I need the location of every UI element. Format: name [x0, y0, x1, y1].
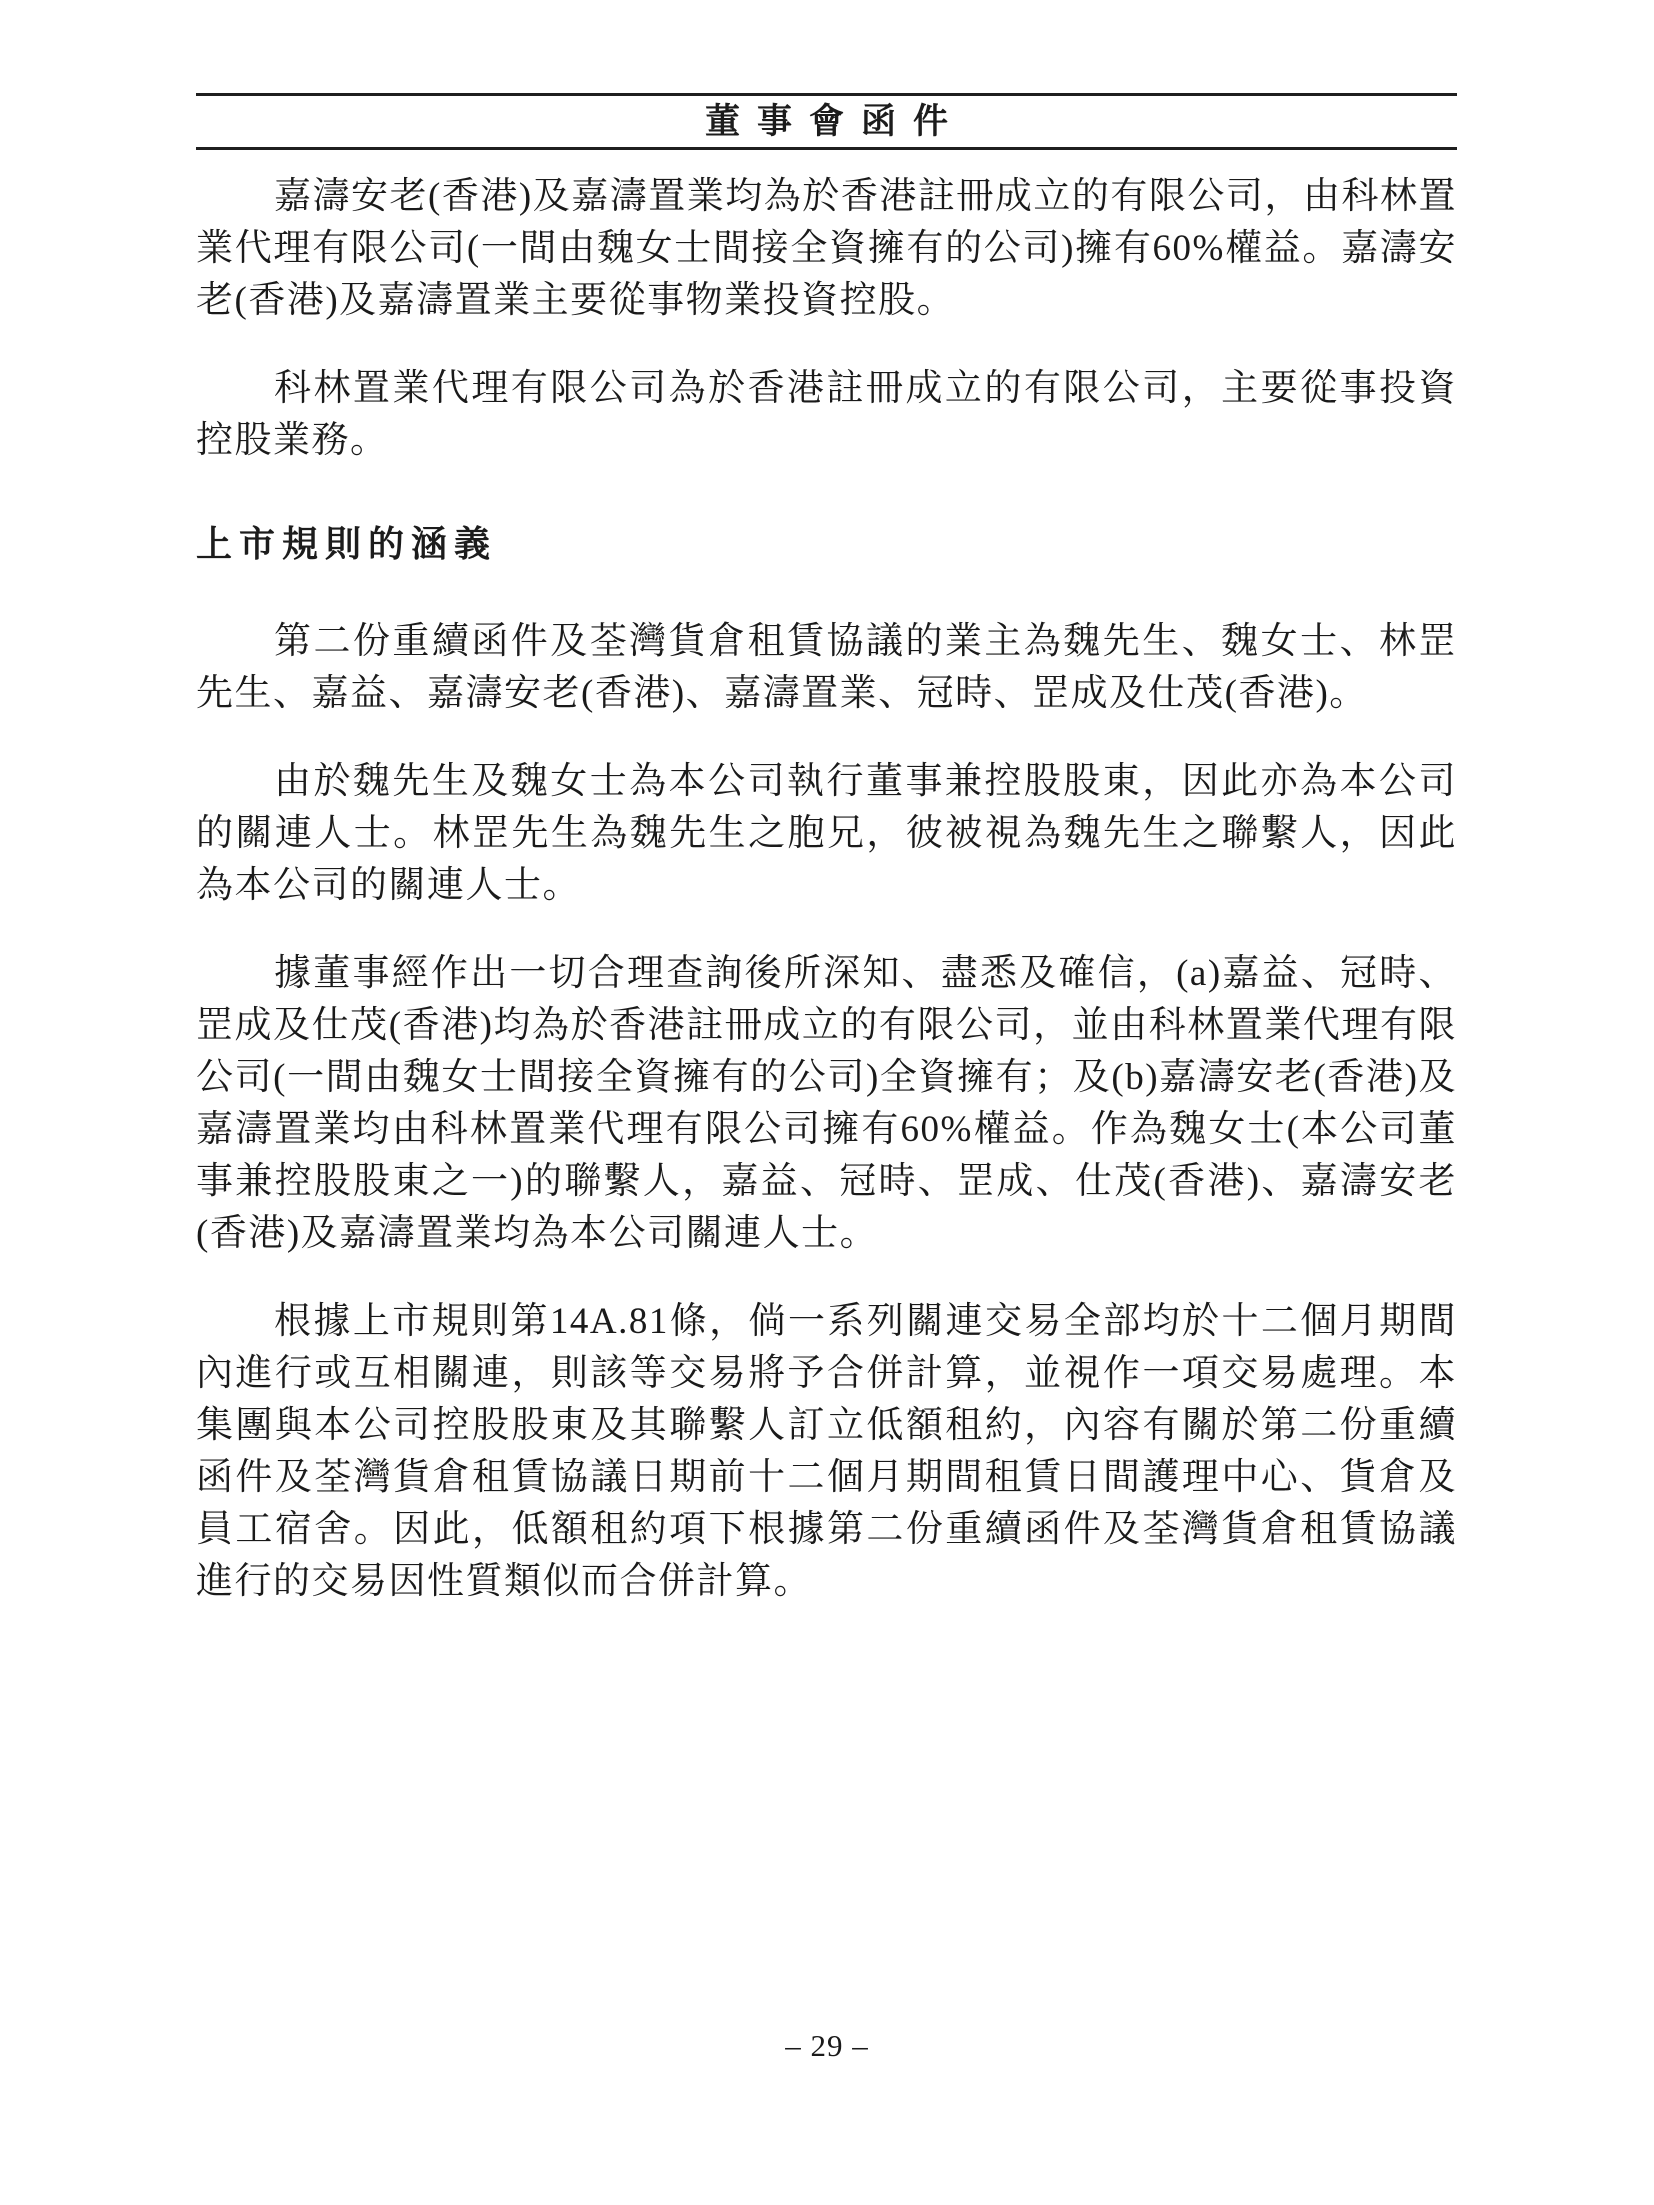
section-heading: 上市規則的涵義	[196, 523, 1457, 564]
paragraph: 科林置業代理有限公司為於香港註冊成立的有限公司，主要從事投資控股業務。	[196, 363, 1457, 467]
running-head: 董事會函件	[196, 93, 1457, 150]
paragraph: 嘉濤安老(香港)及嘉濤置業均為於香港註冊成立的有限公司，由科林置業代理有限公司(…	[196, 171, 1457, 327]
paragraph: 據董事經作出一切合理查詢後所深知、盡悉及確信，(a)嘉益、冠時、罡成及仕茂(香港…	[196, 948, 1457, 1260]
document-body: 嘉濤安老(香港)及嘉濤置業均為於香港註冊成立的有限公司，由科林置業代理有限公司(…	[196, 171, 1457, 1644]
page-header-title: 董事會函件	[688, 104, 965, 139]
paragraph: 根據上市規則第14A.81條，倘一系列關連交易全部均於十二個月期間內進行或互相關…	[196, 1296, 1457, 1608]
paragraph: 第二份重續函件及荃灣貨倉租賃協議的業主為魏先生、魏女士、林罡先生、嘉益、嘉濤安老…	[196, 616, 1457, 720]
document-page: 董事會函件 嘉濤安老(香港)及嘉濤置業均為於香港註冊成立的有限公司，由科林置業代…	[0, 0, 1654, 2205]
paragraph: 由於魏先生及魏女士為本公司執行董事兼控股股東，因此亦為本公司的關連人士。林罡先生…	[196, 756, 1457, 912]
page-number: – 29 –	[0, 2028, 1654, 2064]
